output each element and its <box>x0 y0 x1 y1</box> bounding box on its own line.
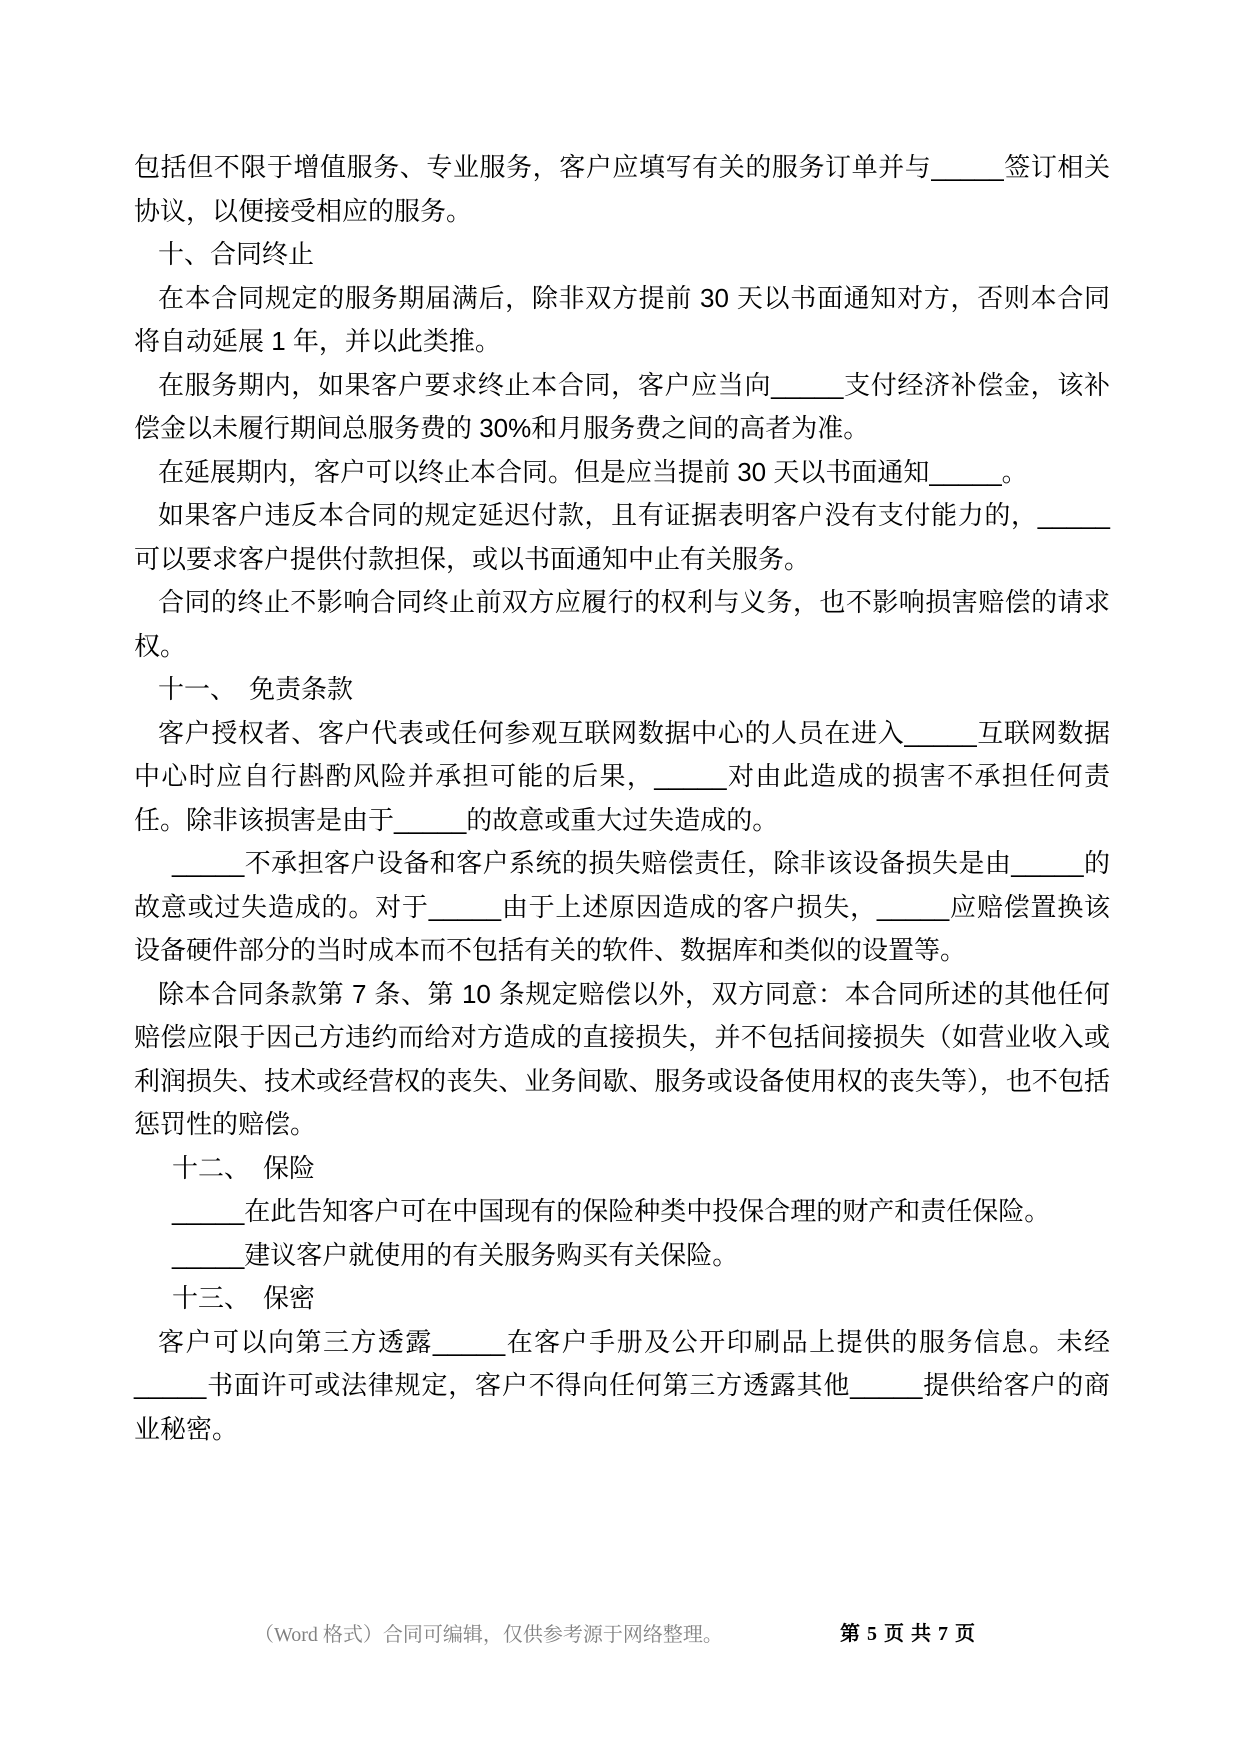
section-heading-11: 十一、 免责条款 <box>134 668 1110 712</box>
contract-paragraph-visitor-risk: 客户授权者、客户代表或任何参观互联网数据中心的人员在进入_____互联网数据中心… <box>134 712 1110 843</box>
document-page: 包括但不限于增值服务、专业服务，客户应填写有关的服务订单并与_____签订相关协… <box>0 0 1241 1754</box>
contract-paragraph-extension-termination: 在延展期内，客户可以终止本合同。但是应当提前 30 天以书面通知_____。 <box>134 451 1110 495</box>
section-heading-13: 十三、 保密 <box>134 1277 1110 1321</box>
contract-paragraph-termination-compensation: 在服务期内，如果客户要求终止本合同，客户应当向_____支付经济补偿金，该补偿金… <box>134 364 1110 451</box>
contract-paragraph-term-expiry: 在本合同规定的服务期届满后，除非双方提前 30 天以书面通知对方，否则本合同将自… <box>134 277 1110 364</box>
contract-paragraph-insurance-advice: _____建议客户就使用的有关服务购买有关保险。 <box>134 1234 1110 1278</box>
contract-paragraph-services-continuation: 包括但不限于增值服务、专业服务，客户应填写有关的服务订单并与_____签订相关协… <box>134 146 1110 233</box>
contract-paragraph-confidentiality: 客户可以向第三方透露_____在客户手册及公开印刷品上提供的服务信息。未经___… <box>134 1321 1110 1452</box>
footer-note: （Word 格式）合同可编辑，仅供参考源于网络整理。 <box>254 1622 723 1648</box>
contract-paragraph-damages-limit: 除本合同条款第 7 条、第 10 条规定赔偿以外，双方同意：本合同所述的其他任何… <box>134 973 1110 1147</box>
contract-body: 包括但不限于增值服务、专业服务，客户应填写有关的服务订单并与_____签订相关协… <box>134 146 1110 1451</box>
contract-paragraph-insurance-notice: _____在此告知客户可在中国现有的保险种类中投保合理的财产和责任保险。 <box>134 1190 1110 1234</box>
contract-paragraph-equipment-loss: _____不承担客户设备和客户系统的损失赔偿责任，除非该设备损失是由_____的… <box>134 842 1110 973</box>
section-heading-10: 十、合同终止 <box>134 233 1110 277</box>
page-indicator: 第 5 页 共 7 页 <box>840 1621 976 1647</box>
contract-paragraph-late-payment: 如果客户违反本合同的规定延迟付款，且有证据表明客户没有支付能力的，_____可以… <box>134 494 1110 581</box>
section-heading-12: 十二、 保险 <box>134 1147 1110 1191</box>
contract-paragraph-termination-effect: 合同的终止不影响合同终止前双方应履行的权利与义务，也不影响损害赔偿的请求权。 <box>134 581 1110 668</box>
